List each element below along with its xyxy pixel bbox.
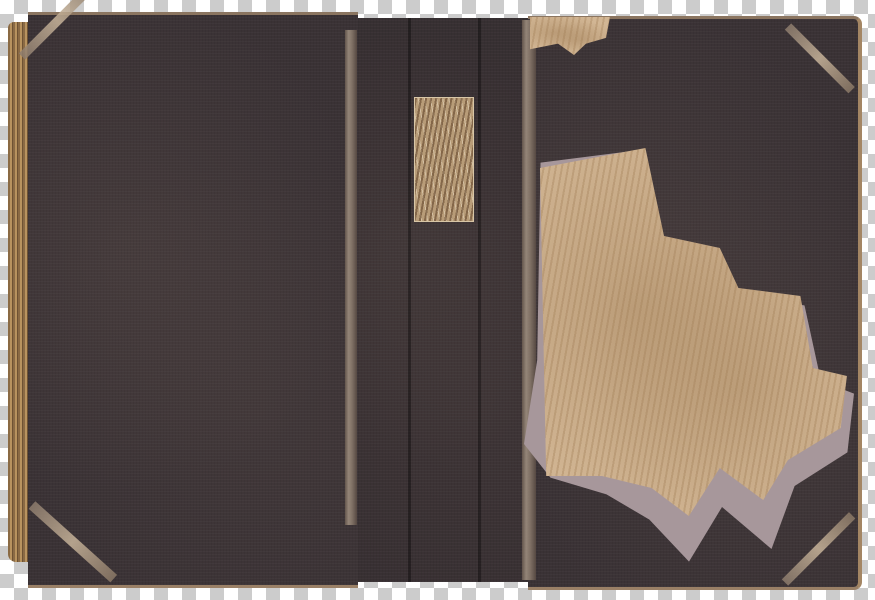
book-cover-photo: [0, 0, 875, 600]
spine-crease-left: [408, 18, 411, 582]
spine-label: [414, 97, 474, 222]
page-edges-left: [8, 22, 30, 562]
hinge-strip-right: [522, 20, 536, 580]
spine-crease-right: [478, 18, 481, 582]
hinge-strip-left: [345, 30, 357, 525]
back-cover: [28, 12, 358, 588]
